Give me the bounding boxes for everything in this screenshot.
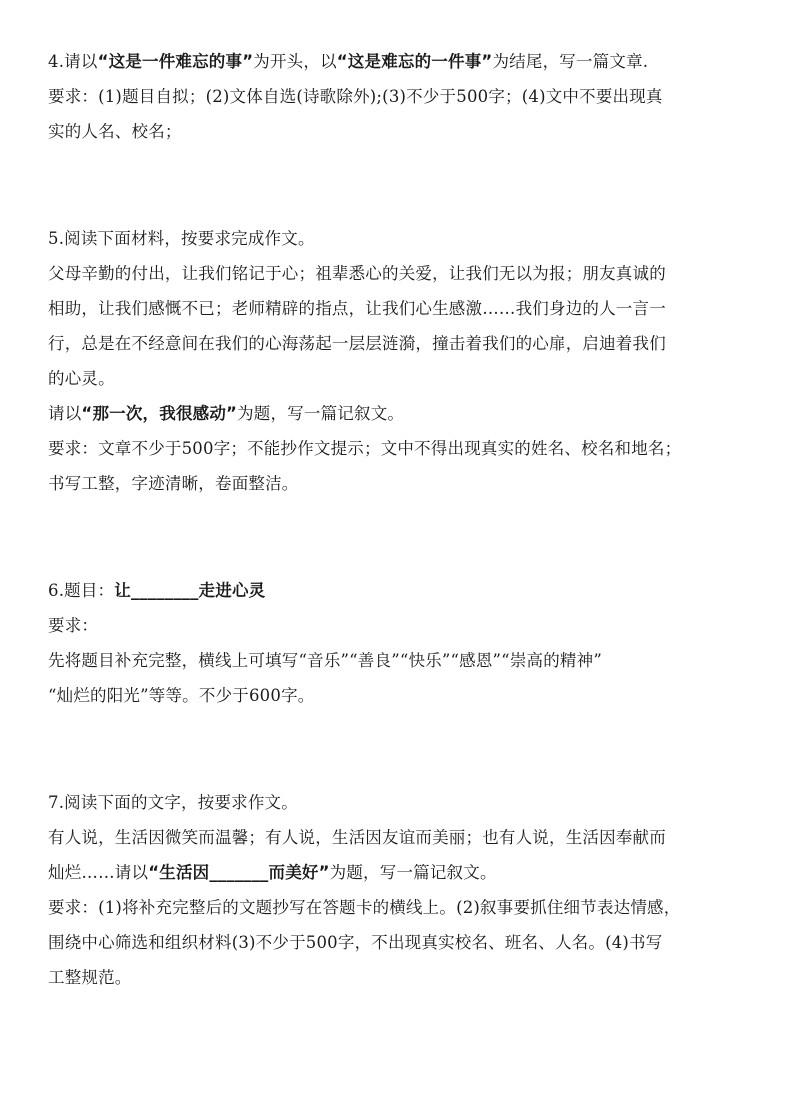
q4-prompt-line: 4.请以“这是一件难忘的事”为开头，以“这是难忘的一件事”为结尾，写一篇文章. xyxy=(48,44,760,79)
q6-title-phrase: 让________走进心灵 xyxy=(114,581,265,600)
q5-title-line: 请以“那一次，我很感动”为题，写一篇记叙文。 xyxy=(48,396,760,431)
q4-ending-phrase: “这是难忘的一件事” xyxy=(337,52,493,71)
question-7: 7.阅读下面的文字，按要求作文。 有人说，生活因微笑而温馨；有人说，生活因友谊而… xyxy=(48,785,760,995)
q4-number: 4. xyxy=(48,52,64,71)
q5-material-line: 行，总是在不经意间在我们的心海荡起一层层涟漪，撞击着我们的心扉，启迪着我们 xyxy=(48,326,760,361)
q6-requirements-line: “灿烂的阳光”等等。不少于600字。 xyxy=(48,678,760,713)
q4-text: 为结尾，写一篇文章. xyxy=(492,52,648,71)
spacer xyxy=(48,713,760,785)
q7-requirements-line: 工整规范。 xyxy=(48,960,760,995)
q7-heading: 7.阅读下面的文字，按要求作文。 xyxy=(48,785,760,820)
q5-material-line: 的心灵。 xyxy=(48,361,760,396)
q7-text: 灿烂……请以 xyxy=(48,863,148,882)
q4-opening-phrase: “这是一件难忘的事” xyxy=(98,52,254,71)
q4-text: 请以 xyxy=(64,52,97,71)
q6-label: 6.题目： xyxy=(48,581,114,600)
spacer xyxy=(48,149,760,221)
q7-title-line: 灿烂……请以“生活因_______而美好”为题，写一篇记叙文。 xyxy=(48,855,760,890)
q5-text: 为题，写一篇记叙文。 xyxy=(237,404,404,423)
q5-heading: 5.阅读下面材料，按要求完成作文。 xyxy=(48,221,760,256)
q6-requirements-label: 要求： xyxy=(48,608,760,643)
q5-material-line: 父母辛勤的付出，让我们铭记于心；祖辈悉心的关爱，让我们无以为报；朋友真诚的 xyxy=(48,256,760,291)
q6-requirements-line: 先将题目补充完整，横线上可填写“音乐”“善良”“快乐”“感恩”“崇高的精神” xyxy=(48,643,760,678)
q7-requirements-line: 要求：(1)将补充完整后的文题抄写在答题卡的横线上。(2)叙事要抓住细节表达情感… xyxy=(48,890,760,925)
q6-title-line: 6.题目：让________走进心灵 xyxy=(48,573,760,608)
question-6: 6.题目：让________走进心灵 要求： 先将题目补充完整，横线上可填写“音… xyxy=(48,573,760,713)
q5-material-line: 相助，让我们感慨不已；老师精辟的指点，让我们心生感激……我们身边的人一言一 xyxy=(48,291,760,326)
spacer xyxy=(48,501,760,573)
q7-material-line: 有人说，生活因微笑而温馨；有人说，生活因友谊而美丽；也有人说，生活因奉献而 xyxy=(48,820,760,855)
q4-requirements-line: 要求：(1)题目自拟；(2)文体自选(诗歌除外);(3)不少于500字；(4)文… xyxy=(48,79,760,114)
q7-title-phrase: “生活因_______而美好” xyxy=(148,863,329,882)
q4-requirements-line: 实的人名、校名； xyxy=(48,114,760,149)
q5-requirements-line: 书写工整，字迹清晰，卷面整洁。 xyxy=(48,466,760,501)
question-4: 4.请以“这是一件难忘的事”为开头，以“这是难忘的一件事”为结尾，写一篇文章. … xyxy=(48,44,760,149)
q7-requirements-line: 围绕中心筛选和组织材料(3)不少于500字，不出现真实校名、班名、人名。(4)书… xyxy=(48,925,760,960)
q5-requirements-line: 要求：文章不少于500字；不能抄作文提示；文中不得出现真实的姓名、校名和地名； xyxy=(48,431,760,466)
document-page: 4.请以“这是一件难忘的事”为开头，以“这是难忘的一件事”为结尾，写一篇文章. … xyxy=(48,44,760,995)
q5-text: 请以 xyxy=(48,404,81,423)
q7-text: 为题，写一篇记叙文。 xyxy=(330,863,497,882)
q4-text: 为开头，以 xyxy=(253,52,337,71)
question-5: 5.阅读下面材料，按要求完成作文。 父母辛勤的付出，让我们铭记于心；祖辈悉心的关… xyxy=(48,221,760,501)
q5-title-phrase: “那一次，我很感动” xyxy=(81,404,237,423)
